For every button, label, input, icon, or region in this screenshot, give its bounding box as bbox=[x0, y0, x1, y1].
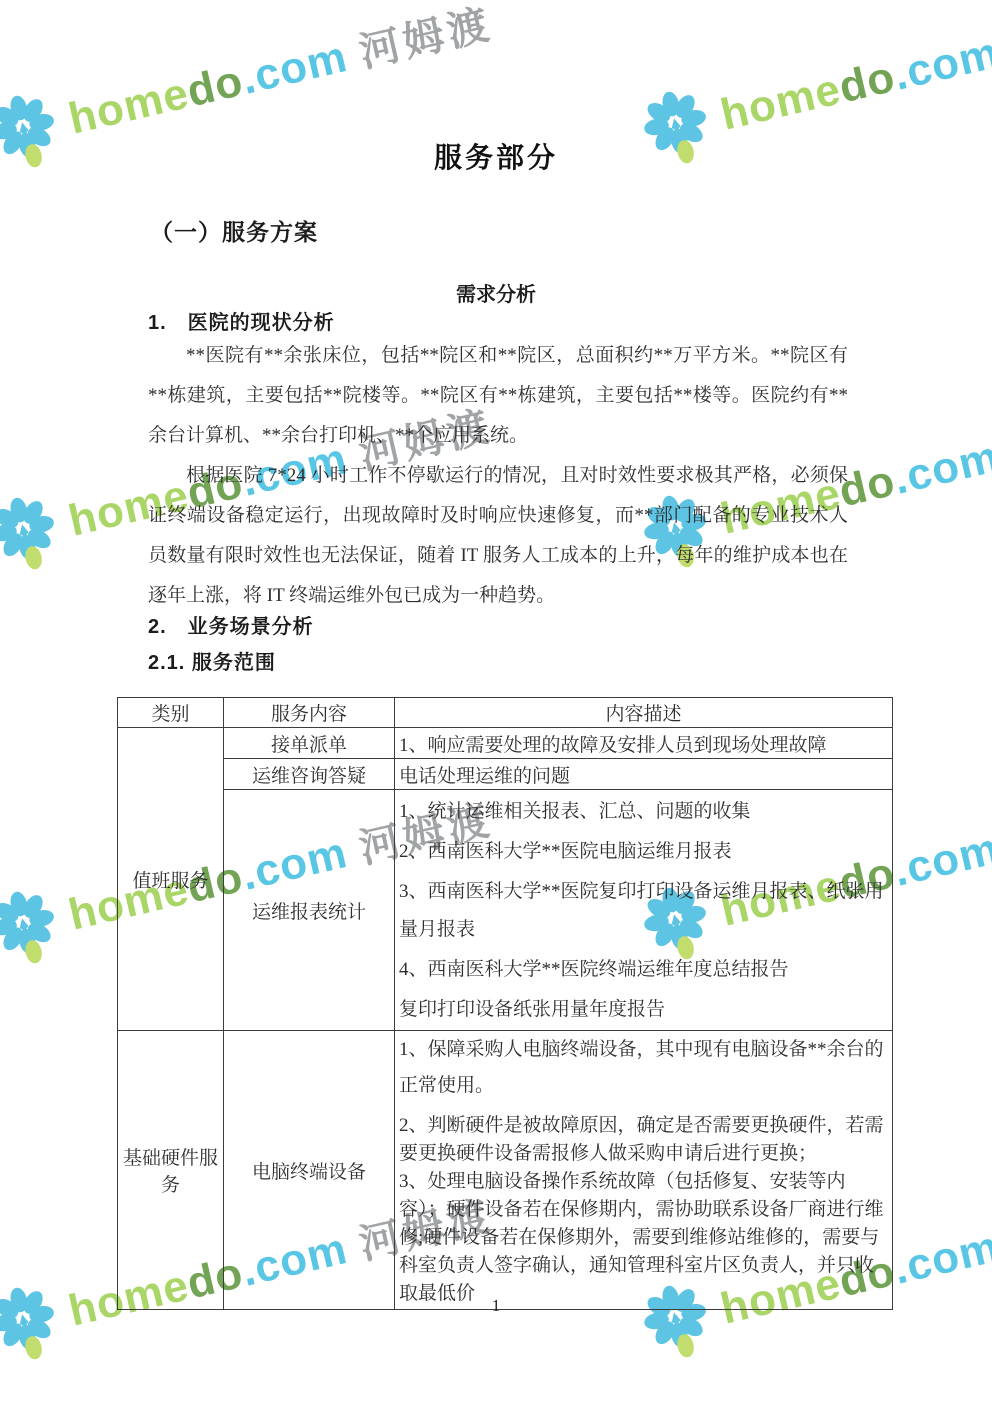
table-row-dispatch: 值班服务 接单派单 1、响应需要处理的故障及安排人员到现场处理故障 bbox=[118, 728, 893, 759]
table-header-row: 类别 服务内容 内容描述 bbox=[118, 698, 893, 728]
header-category: 类别 bbox=[118, 698, 224, 728]
cell-service-consult: 运维咨询答疑 bbox=[224, 759, 395, 790]
cell-desc-report: 1、统计运维相关报表、汇总、问题的收集 2、西南医科大学**医院电脑运维月报表 … bbox=[395, 790, 893, 1031]
heading-hospital-status: 1. 医院的现状分析 bbox=[148, 306, 335, 335]
cell-service-dispatch: 接单派单 bbox=[224, 728, 395, 759]
header-service-content: 服务内容 bbox=[224, 698, 395, 728]
cell-category-duty: 值班服务 bbox=[118, 728, 224, 1031]
heading-service-scope: 2.1. 服务范围 bbox=[148, 646, 276, 675]
section-heading-1: （一）服务方案 bbox=[150, 214, 318, 247]
desc-report-item: 4、西南医科大学**医院终端运维年度总结报告 bbox=[399, 951, 888, 989]
desc-report-item: 复印打印设备纸张用量年度报告 bbox=[399, 991, 888, 1029]
header-description: 内容描述 bbox=[395, 698, 893, 728]
paragraph-hospital-status: **医院有**余张床位，包括**院区和**院区，总面积约**万平方米。**院区有… bbox=[148, 336, 848, 456]
cell-desc-dispatch: 1、响应需要处理的故障及安排人员到现场处理故障 bbox=[395, 728, 893, 759]
document-content: 服务部分 （一）服务方案 需求分析 1. 医院的现状分析 **医院有**余张床位… bbox=[0, 0, 992, 1403]
desc-report-item: 3、西南医科大学**医院复印打印设备运维月报表、纸张用量月报表 bbox=[399, 873, 888, 949]
table-row-report: 运维报表统计 1、统计运维相关报表、汇总、问题的收集 2、西南医科大学**医院电… bbox=[118, 790, 893, 1031]
document-page: homedo.com河姆渡 homedo.com河姆渡 bbox=[0, 0, 992, 1403]
desc-pc-item: 1、保障采购人电脑终端设备，其中现有电脑设备**余台的正常使用。 bbox=[399, 1032, 888, 1104]
subtitle-requirement-analysis: 需求分析 bbox=[0, 278, 992, 307]
table-row-pc-terminal: 基础硬件服务 电脑终端设备 1、保障采购人电脑终端设备，其中现有电脑设备**余台… bbox=[118, 1031, 893, 1310]
page-number: 1 bbox=[0, 1296, 992, 1316]
desc-pc-item: 2、判断硬件是被故障原因，确定是否需要更换硬件，若需要更换硬件设备需报修人做采购… bbox=[399, 1112, 888, 1168]
cell-desc-pc: 1、保障采购人电脑终端设备，其中现有电脑设备**余台的正常使用。 2、判断硬件是… bbox=[395, 1031, 893, 1310]
cell-desc-consult: 电话处理运维的问题 bbox=[395, 759, 893, 790]
desc-pc-item: 3、处理电脑设备操作系统故障（包括修复、安装等内容）；硬件设备若在保修期内，需协… bbox=[399, 1168, 888, 1308]
paragraph-operation-situation: 根据医院 7*24 小时工作不停歇运行的情况，且对时效性要求极其严格，必须保证终… bbox=[148, 456, 848, 616]
service-scope-table: 类别 服务内容 内容描述 值班服务 接单派单 1、响应需要处理的故障及安排人员到… bbox=[117, 697, 893, 1310]
cell-category-hardware: 基础硬件服务 bbox=[118, 1031, 224, 1310]
page-title: 服务部分 bbox=[0, 136, 992, 176]
cell-service-report: 运维报表统计 bbox=[224, 790, 395, 1031]
table-row-consult: 运维咨询答疑 电话处理运维的问题 bbox=[118, 759, 893, 790]
cell-service-pc: 电脑终端设备 bbox=[224, 1031, 395, 1310]
desc-report-item: 1、统计运维相关报表、汇总、问题的收集 bbox=[399, 793, 888, 831]
service-scope-table-wrap: 类别 服务内容 内容描述 值班服务 接单派单 1、响应需要处理的故障及安排人员到… bbox=[117, 697, 881, 1310]
heading-business-scene: 2. 业务场景分析 bbox=[148, 610, 314, 639]
desc-report-item: 2、西南医科大学**医院电脑运维月报表 bbox=[399, 833, 888, 871]
